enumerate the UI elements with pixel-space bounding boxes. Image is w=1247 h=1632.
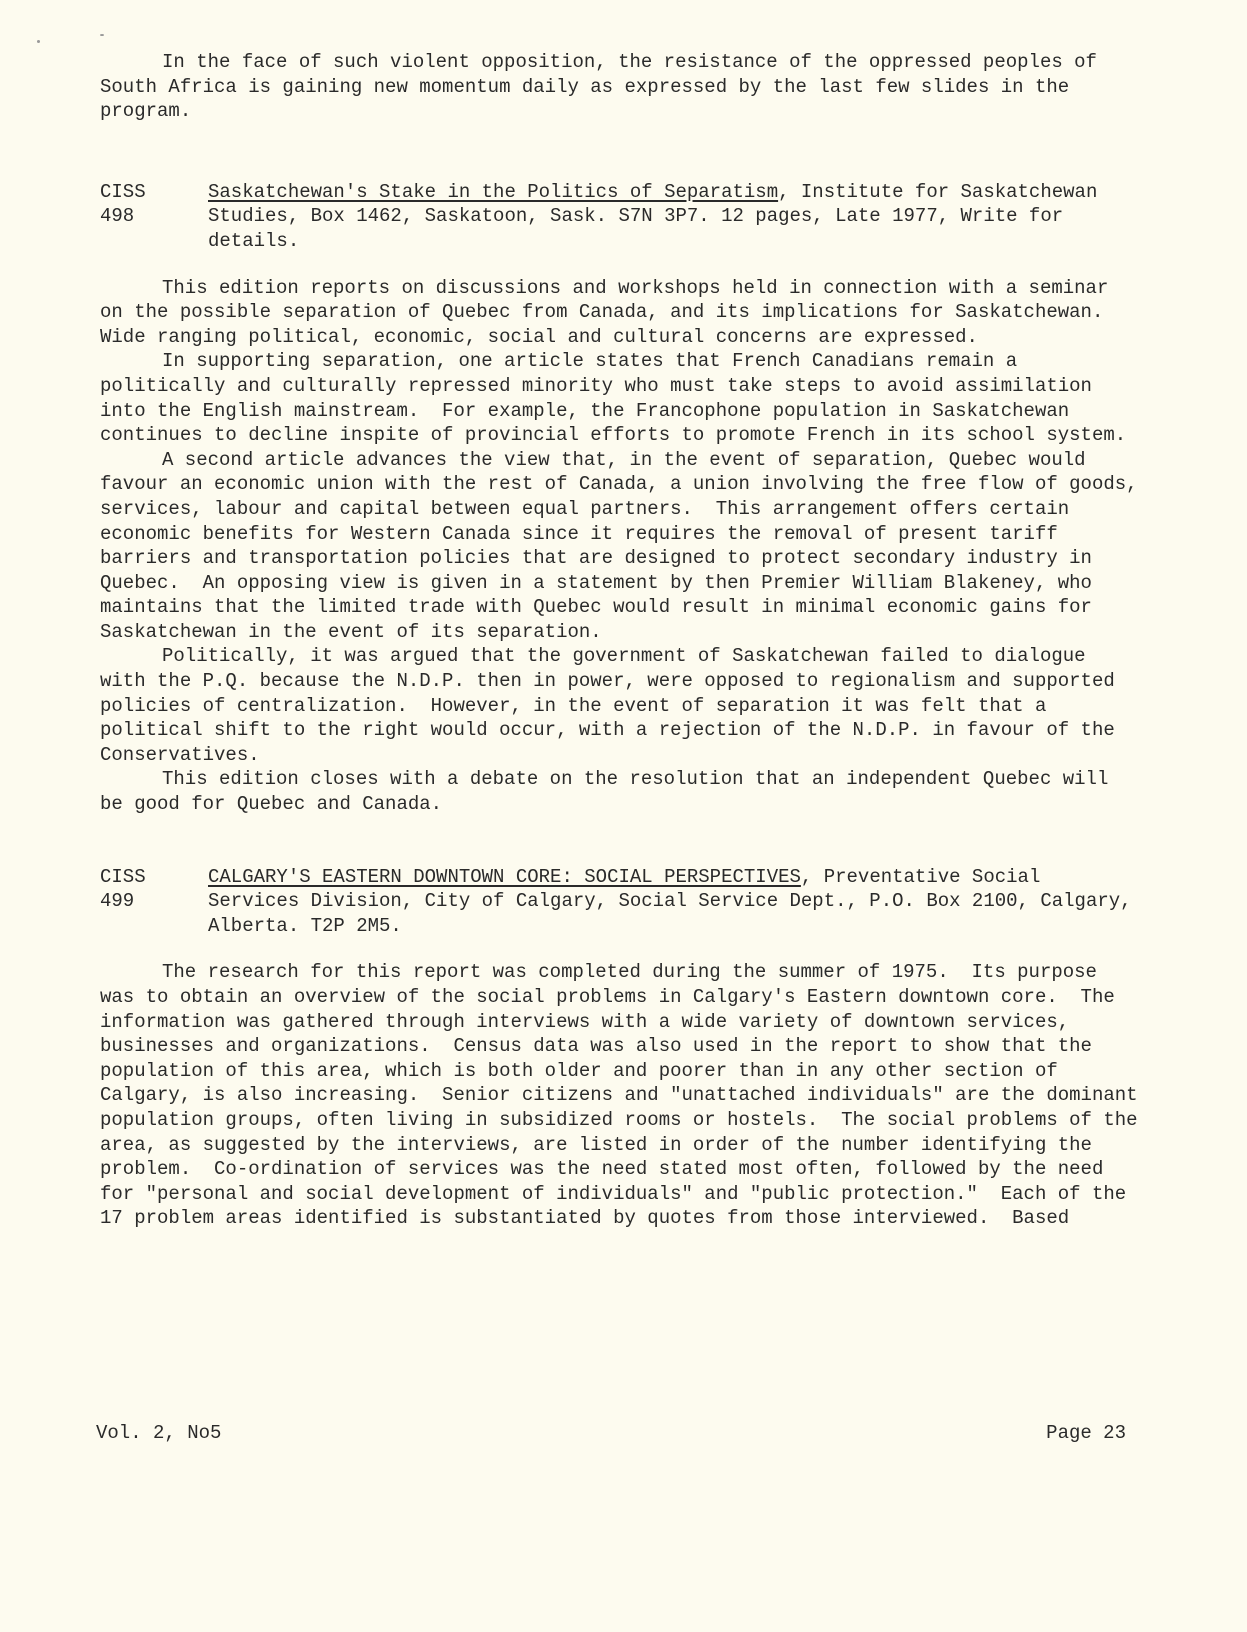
entry-498-paragraph-1: This edition reports on discussions and … xyxy=(100,276,1140,350)
entry-code-number: 499 xyxy=(100,889,208,914)
entry-code-prefix: CISS xyxy=(100,865,208,890)
entry-ciss-499: CISS 499 CALGARY'S EASTERN DOWNTOWN CORE… xyxy=(100,865,1140,939)
document-page: In the face of such violent opposition, … xyxy=(100,50,1140,1231)
entry-498-paragraph-4: Politically, it was argued that the gove… xyxy=(100,644,1140,767)
entry-498-paragraph-2: In supporting separation, one article st… xyxy=(100,349,1140,447)
scan-speck xyxy=(100,34,104,36)
entry-title: CALGARY'S EASTERN DOWNTOWN CORE: SOCIAL … xyxy=(208,866,801,888)
intro-paragraph: In the face of such violent opposition, … xyxy=(100,50,1140,124)
entry-code: CISS 499 xyxy=(100,865,208,939)
page-footer: Vol. 2, No5 Page 23 xyxy=(96,1422,1126,1444)
entry-citation: Saskatchewan's Stake in the Politics of … xyxy=(208,180,1140,254)
volume-number: Vol. 2, No5 xyxy=(96,1422,221,1444)
entry-498-paragraph-5: This edition closes with a debate on the… xyxy=(100,767,1140,816)
entry-499-paragraph-1: The research for this report was complet… xyxy=(100,960,1140,1231)
entry-code-prefix: CISS xyxy=(100,180,208,205)
entry-498-paragraph-3: A second article advances the view that,… xyxy=(100,448,1140,645)
entry-code: CISS 498 xyxy=(100,180,208,254)
entry-title: Saskatchewan's Stake in the Politics of … xyxy=(208,181,778,203)
page-number: Page 23 xyxy=(1046,1422,1126,1444)
scan-speck xyxy=(37,40,40,43)
entry-ciss-498: CISS 498 Saskatchewan's Stake in the Pol… xyxy=(100,180,1140,254)
entry-code-number: 498 xyxy=(100,204,208,229)
entry-citation: CALGARY'S EASTERN DOWNTOWN CORE: SOCIAL … xyxy=(208,865,1140,939)
